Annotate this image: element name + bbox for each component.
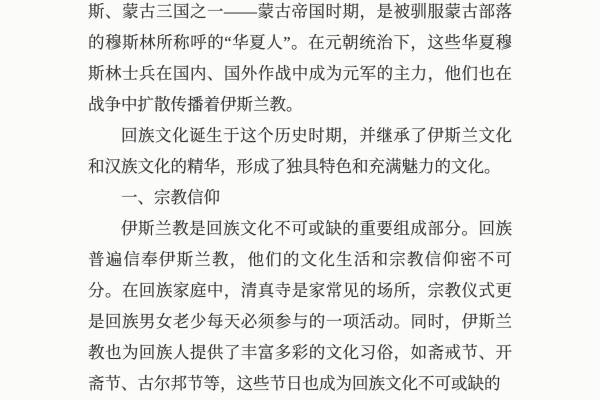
section-heading-religious-belief: 一、宗教信仰	[88, 182, 512, 213]
paragraph-hui-culture-origin: 回族文化诞生于这个历史时期，并继承了伊斯兰文化和汉族文化的精华，形成了独具特色和…	[88, 120, 512, 182]
scanned-document-page: 斯、蒙古三国之一——蒙古帝国时期，是被驯服蒙古部落的穆斯林所称呼的“华夏人”。在…	[0, 0, 600, 400]
paragraph-islam-in-hui-culture: 伊斯兰教是回族文化不可或缺的重要组成部分。回族普遍信奉伊斯兰教，他们的文化生活和…	[88, 213, 512, 399]
paragraph-continuation-yuan-dynasty: 斯、蒙古三国之一——蒙古帝国时期，是被驯服蒙古部落的穆斯林所称呼的“华夏人”。在…	[88, 0, 512, 120]
text-block: 斯、蒙古三国之一——蒙古帝国时期，是被驯服蒙古部落的穆斯林所称呼的“华夏人”。在…	[88, 0, 512, 399]
